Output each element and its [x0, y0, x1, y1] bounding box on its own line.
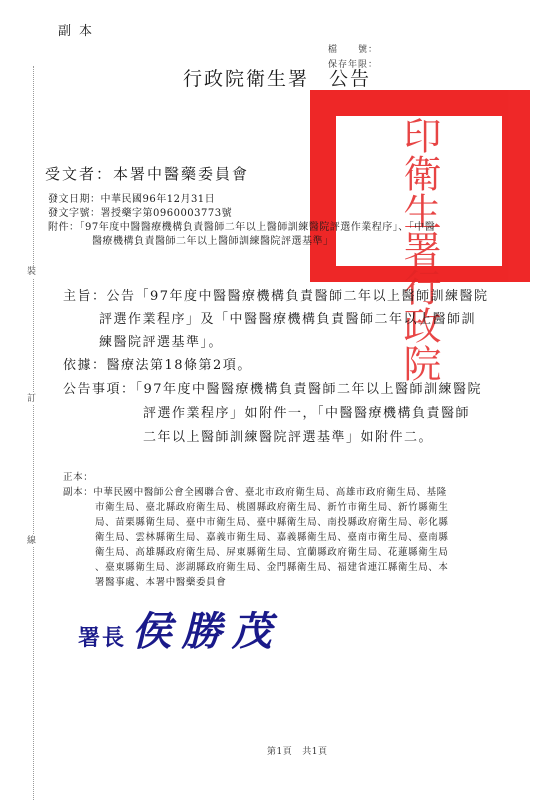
cc-text-4: 衛生局、雲林縣衛生局、嘉義市衛生局、嘉義縣衛生局、臺南市衛生局、臺南縣 — [95, 530, 449, 545]
subject-text-2: 評選作業程序」及「中醫醫療機構負責醫師二年以上醫師訓 — [99, 308, 476, 327]
announcement-text-1: 「97年度中醫醫療機構負責醫師二年以上醫師訓練醫院 — [136, 382, 483, 397]
attachment-label: 附件： — [48, 222, 80, 233]
cc-line-1: 副本：中華民國中醫師公會全國聯合會、臺北市政府衛生局、高雄市政府衛生局、基隆 — [63, 485, 447, 500]
recipient-line: 受文者：本署中醫藥委員會 — [45, 163, 249, 184]
original-label: 正本： — [63, 472, 93, 483]
recipient-label: 受文者： — [45, 165, 113, 183]
file-number-label: 檔 號： — [328, 42, 378, 55]
signature-title: 署長 — [78, 625, 126, 651]
binding-mark-xian: 線 — [27, 535, 36, 547]
binding-mark-zhuang: 裝 — [27, 266, 36, 278]
binding-margin-line — [33, 66, 34, 800]
seal-characters: 行政院 衛生署 印 — [336, 116, 502, 266]
issuing-agency: 行政院衛生署 — [183, 68, 309, 90]
cc-text-6: 、臺東縣衛生局、澎湖縣政府衛生局、金門縣衛生局、福建省連江縣衛生局、本 — [95, 560, 449, 575]
page-footer: 第1頁共1頁 — [267, 744, 327, 757]
official-seal: 行政院 衛生署 印 — [310, 90, 530, 282]
page-total: 共1頁 — [302, 747, 327, 757]
basis-label: 依據： — [63, 358, 107, 373]
subject-text-1: 公告「97年度中醫醫療機構負責醫師二年以上醫師訓練醫院 — [107, 289, 489, 304]
cc-text-1: 中華民國中醫師公會全國聯合會、臺北市政府衛生局、高雄市政府衛生局、基隆 — [93, 487, 447, 498]
basis-line: 依據：醫療法第18條第2項。 — [63, 354, 252, 373]
recipient-value: 本署中醫藥委員會 — [113, 165, 249, 183]
signature-name: 侯勝茂 — [132, 608, 282, 655]
basis-text: 醫療法第18條第2項。 — [107, 358, 252, 373]
seal-column-2: 衛生署 — [396, 154, 442, 268]
seal-inner-field: 行政院 衛生署 印 — [336, 116, 502, 266]
director-signature: 署長 侯勝茂 — [78, 600, 282, 657]
document-type: 公告 — [329, 68, 371, 90]
issue-number-line: 發文字號：署授藥字第0960003773號 — [48, 204, 232, 219]
cc-text-7: 署醫事處、本署中醫藥委員會 — [95, 575, 226, 590]
cc-text-5: 衛生局、高雄縣政府衛生局、屏東縣衛生局、宜蘭縣政府衛生局、花蓮縣衛生局 — [95, 545, 449, 560]
document-title: 行政院衛生署公告 — [183, 64, 371, 91]
subject-line-1: 主旨：公告「97年度中醫醫療機構負責醫師二年以上醫師訓練醫院 — [63, 285, 489, 304]
announcement-text-3: 二年以上醫師訓練醫院評選基準」如附件二。 — [143, 426, 433, 445]
cc-text-2: 市衛生局、臺北縣政府衛生局、桃園縣政府衛生局、新竹市衛生局、新竹縣衛生 — [95, 500, 449, 515]
cc-label: 副本： — [63, 487, 93, 498]
seal-column-3: 印 — [396, 116, 442, 154]
original-recipients-line: 正本： — [63, 470, 93, 485]
attachment-line-1: 附件：「97年度中醫醫療機構負責醫師二年以上醫師訓練醫院評選作業程序」、「中醫 — [48, 218, 435, 233]
attachment-text-2: 醫療機構負責醫師二年以上醫師訓練醫院評選基準」 — [92, 232, 334, 247]
announcement-text-2: 評選作業程序」如附件一，「中醫醫療機構負責醫師 — [143, 402, 470, 421]
subject-text-3: 練醫院評選基準」。 — [99, 331, 223, 350]
issue-date-line: 發文日期：中華民國96年12月31日 — [48, 190, 215, 205]
announcement-line-1: 公告事項：「97年度中醫醫療機構負責醫師二年以上醫師訓練醫院 — [63, 378, 482, 397]
subject-label: 主旨： — [63, 289, 107, 304]
cc-text-3: 局、苗栗縣衛生局、臺中市衛生局、臺中縣衛生局、南投縣政府衛生局、彰化縣 — [95, 515, 449, 530]
copy-mark: 副本 — [58, 20, 100, 39]
binding-mark-ding: 訂 — [27, 393, 36, 405]
announcement-label: 公告事項： — [63, 382, 136, 397]
page-number: 第1頁 — [267, 747, 292, 757]
